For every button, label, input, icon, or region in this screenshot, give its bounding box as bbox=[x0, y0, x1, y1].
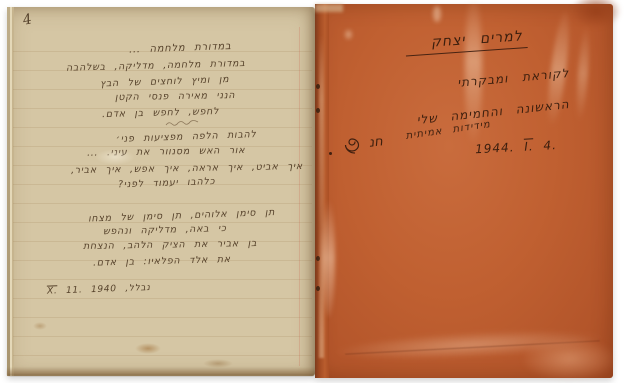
page-bottom-edge bbox=[7, 367, 315, 376]
cover-stain bbox=[571, 0, 621, 28]
staple bbox=[316, 84, 320, 89]
poem-line: הנני מאירה פנסי הקטן bbox=[115, 90, 235, 103]
staple bbox=[316, 256, 320, 261]
staple bbox=[316, 108, 320, 113]
dateline-place: נבלל, bbox=[125, 283, 151, 294]
cover-date-run: 1944. I. 4. bbox=[475, 138, 557, 156]
signature-initials: חנ bbox=[368, 134, 383, 150]
cover-fleck bbox=[345, 30, 352, 39]
dateline-day-year: 11. 1940 bbox=[66, 284, 117, 296]
signature: חנ bbox=[341, 130, 383, 154]
dateline-month-roman: X. bbox=[47, 286, 58, 296]
cover-scuff bbox=[333, 325, 606, 365]
cover-corner-wear bbox=[315, 4, 343, 12]
spine-scuff bbox=[319, 34, 324, 358]
page-corner-mark: 4 bbox=[21, 11, 33, 29]
notebook-photo: 4 במדורת מלחמה ... במדורת מלחמה, מדליקה,… bbox=[0, 0, 624, 383]
cover-fleck bbox=[433, 6, 441, 22]
staple bbox=[316, 286, 320, 291]
cover-date-year: 1944. bbox=[475, 140, 515, 156]
interlinear-scribble bbox=[165, 120, 199, 127]
cover-date-day: 4. bbox=[543, 138, 557, 153]
signature-spiral-flourish bbox=[341, 130, 367, 154]
cover-crease bbox=[345, 340, 600, 354]
dedication-line: לקוראת ומבקרתי bbox=[456, 66, 569, 90]
cover-date: 1944. I. 4. bbox=[475, 138, 557, 156]
cover-scuff bbox=[575, 26, 592, 121]
cover-date-month-roman: I. bbox=[524, 139, 534, 153]
margin-line bbox=[299, 27, 300, 366]
dedication-line: הראשונה והחמימה שלי bbox=[416, 97, 570, 127]
orange-cover: למרים יצחק לקוראת ומבקרתי הראשונה והחמימ… bbox=[315, 4, 613, 378]
ink-dot bbox=[329, 152, 332, 155]
cover-title: למרים יצחק bbox=[405, 28, 528, 56]
left-page: 4 במדורת מלחמה ... במדורת מלחמה, מדליקה,… bbox=[7, 7, 315, 376]
